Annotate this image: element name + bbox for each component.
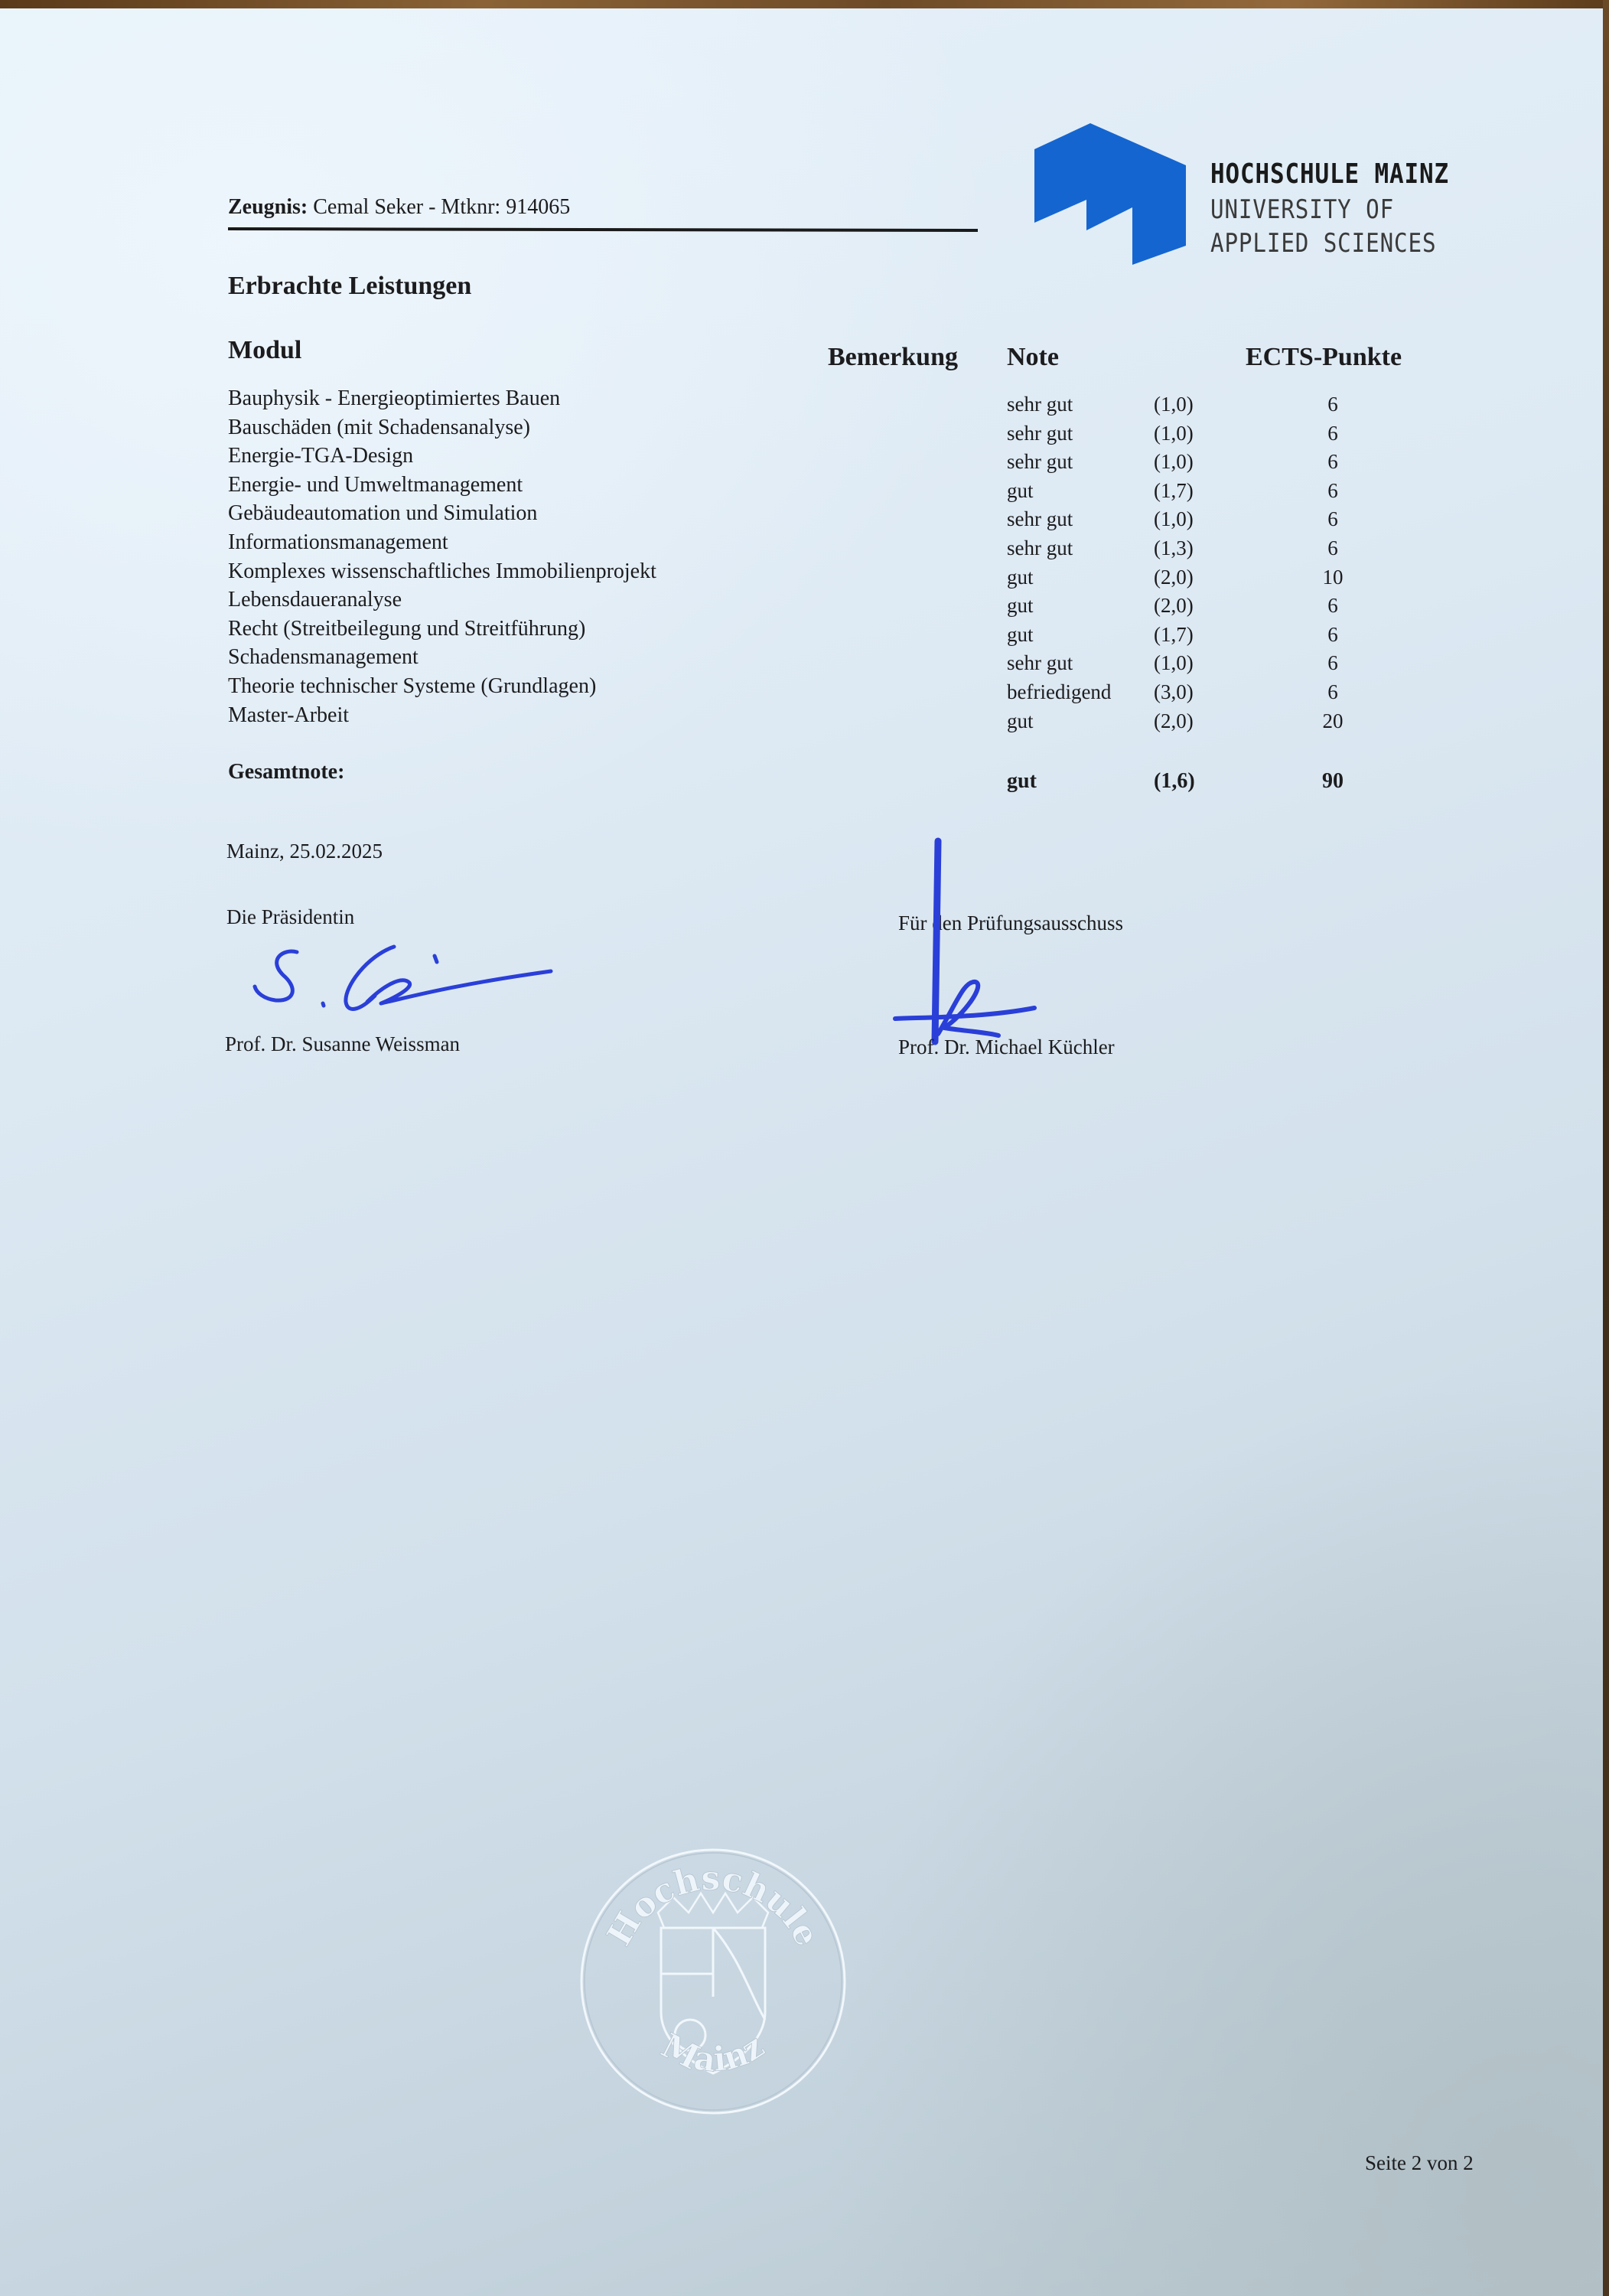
- module-name: Bauphysik - Energieoptimiertes Bauen: [228, 386, 560, 411]
- student-info: Cemal Seker - Mtknr: 914065: [313, 195, 570, 219]
- grade-value: (1,0): [1154, 450, 1194, 474]
- grade-value: (1,3): [1154, 536, 1194, 560]
- ects-points: 6: [1302, 422, 1363, 445]
- column-header-ects: ECTS-Punkte: [1246, 343, 1402, 372]
- total-label: Gesamtnote:: [228, 760, 344, 784]
- grade-value: (1,0): [1154, 393, 1194, 416]
- ects-points: 6: [1302, 594, 1363, 618]
- module-name: Theorie technischer Systeme (Grundlagen): [228, 674, 596, 699]
- grade-value: (2,0): [1154, 709, 1194, 733]
- logo-line-1: HOCHSCHULE MAINZ: [1210, 158, 1449, 190]
- grade-value: (3,0): [1154, 680, 1194, 704]
- grade-text: gut: [1007, 623, 1034, 647]
- column-header-modul: Modul: [228, 336, 301, 365]
- module-name: Komplexes wissenschaftliches Immobilienp…: [228, 559, 656, 584]
- module-name: Energie- und Umweltmanagement: [228, 473, 523, 497]
- signature-left-icon: [252, 941, 574, 1032]
- zeugnis-label: Zeugnis:: [228, 195, 308, 219]
- module-name: Master-Arbeit: [228, 703, 349, 728]
- ects-points: 6: [1302, 450, 1363, 474]
- grade-text: gut: [1007, 479, 1034, 503]
- certificate-header: Zeugnis: Cemal Seker - Mtknr: 914065: [228, 195, 570, 220]
- grade-text: sehr gut: [1007, 536, 1073, 560]
- total-note-value: (1,6): [1154, 769, 1195, 794]
- ects-points: 10: [1302, 566, 1363, 589]
- module-name: Bauschäden (mit Schadensanalyse): [228, 416, 530, 440]
- seal-bottom-text: Mainz: [655, 2026, 771, 2079]
- grade-text: gut: [1007, 709, 1034, 733]
- certificate-page: Zeugnis: Cemal Seker - Mtknr: 914065 HOC…: [0, 8, 1603, 2296]
- svg-text:Mainz: Mainz: [655, 2026, 771, 2079]
- logo-line-2: UNIVERSITY OF: [1210, 194, 1394, 225]
- column-header-note: Note: [1007, 343, 1059, 372]
- module-name: Informationsmanagement: [228, 530, 448, 555]
- column-header-bemerkung: Bemerkung: [828, 343, 958, 372]
- module-name: Energie-TGA-Design: [228, 444, 413, 468]
- signature-right-icon: [888, 835, 1063, 1049]
- table-surface-right: [1603, 0, 1609, 2296]
- grade-value: (1,0): [1154, 651, 1194, 675]
- grade-text: gut: [1007, 594, 1034, 618]
- grade-value: (2,0): [1154, 566, 1194, 589]
- module-name: Lebensdaueranalyse: [228, 588, 402, 612]
- ects-points: 6: [1302, 393, 1363, 416]
- grade-text: sehr gut: [1007, 507, 1073, 531]
- total-ects: 90: [1302, 769, 1363, 794]
- ects-points: 6: [1302, 623, 1363, 647]
- header-divider: [228, 227, 978, 232]
- section-title: Erbrachte Leistungen: [228, 272, 471, 301]
- hochschule-mainz-logo-icon: [1033, 123, 1186, 265]
- grade-value: (1,0): [1154, 507, 1194, 531]
- module-name: Schadensmanagement: [228, 645, 419, 670]
- grade-value: (1,7): [1154, 623, 1194, 647]
- signatory-left-role: Die Präsidentin: [226, 905, 354, 929]
- grade-text: sehr gut: [1007, 651, 1073, 675]
- ects-points: 20: [1302, 709, 1363, 733]
- ects-points: 6: [1302, 680, 1363, 704]
- total-note-text: gut: [1007, 769, 1037, 794]
- grade-value: (2,0): [1154, 594, 1194, 618]
- ects-points: 6: [1302, 536, 1363, 560]
- ects-points: 6: [1302, 507, 1363, 531]
- grade-value: (1,7): [1154, 479, 1194, 503]
- grade-value: (1,0): [1154, 422, 1194, 445]
- place-date: Mainz, 25.02.2025: [226, 840, 383, 863]
- signatory-right-name: Prof. Dr. Michael Küchler: [898, 1035, 1115, 1059]
- grade-text: befriedigend: [1007, 680, 1111, 704]
- grade-text: gut: [1007, 566, 1034, 589]
- page-number: Seite 2 von 2: [1365, 2151, 1474, 2175]
- embossed-seal-icon: Hochschule Mainz: [575, 1844, 851, 2119]
- grade-text: sehr gut: [1007, 393, 1073, 416]
- module-name: Recht (Streitbeilegung und Streitführung…: [228, 617, 585, 641]
- grade-text: sehr gut: [1007, 450, 1073, 474]
- ects-points: 6: [1302, 479, 1363, 503]
- ects-points: 6: [1302, 651, 1363, 675]
- logo-line-3: APPLIED SCIENCES: [1210, 228, 1436, 259]
- grade-text: sehr gut: [1007, 422, 1073, 445]
- module-name: Gebäudeautomation und Simulation: [228, 501, 537, 526]
- signatory-left-name: Prof. Dr. Susanne Weissman: [225, 1032, 460, 1056]
